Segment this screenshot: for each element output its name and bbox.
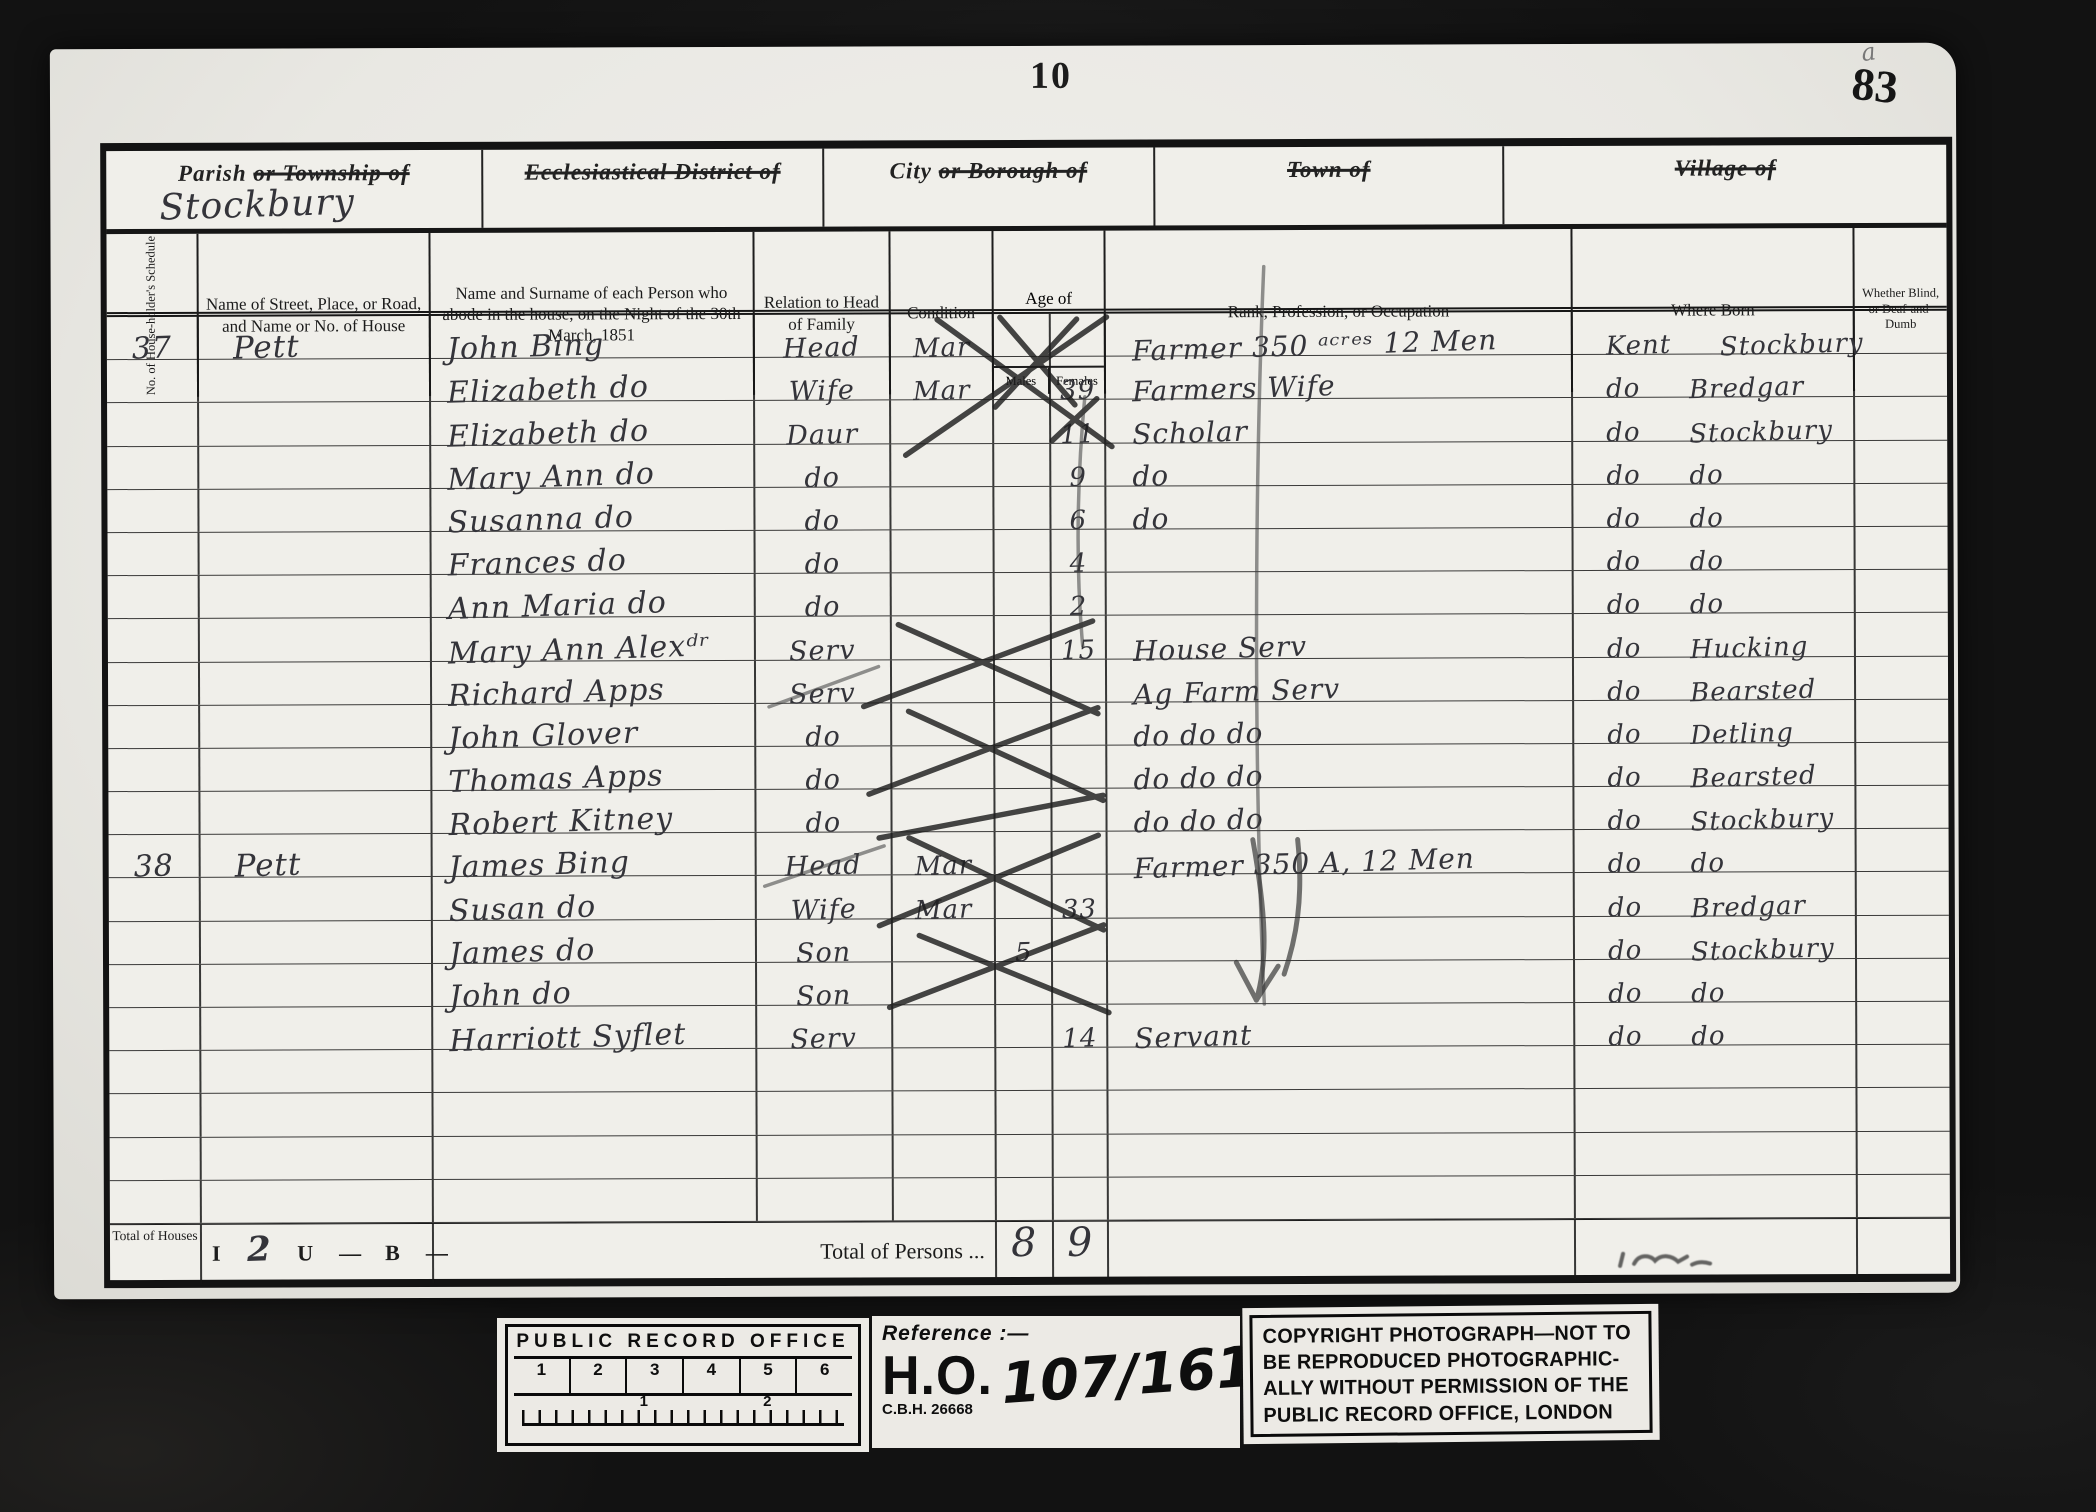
occupation bbox=[1108, 1046, 1576, 1090]
table-row bbox=[110, 1174, 1950, 1224]
where-born: doDetling bbox=[1575, 700, 1857, 743]
occupation bbox=[1108, 960, 1576, 1004]
age-male bbox=[996, 875, 1053, 917]
condition bbox=[893, 919, 996, 962]
condition bbox=[893, 962, 996, 1005]
age-male: 5 bbox=[996, 918, 1053, 960]
occupation bbox=[1108, 917, 1576, 961]
table-row: Harriott Syflet Serv 14 Servant dodo bbox=[109, 1002, 1949, 1052]
age-male bbox=[996, 962, 1053, 1004]
occupation bbox=[1107, 571, 1575, 615]
schedule-number bbox=[109, 1051, 201, 1094]
street-place bbox=[201, 1050, 433, 1093]
schedule-number bbox=[109, 965, 201, 1008]
where-born: dodo bbox=[1576, 1002, 1858, 1045]
schedule-number bbox=[107, 360, 199, 403]
relation: Head bbox=[754, 314, 890, 357]
schedule-number bbox=[110, 1181, 202, 1224]
condition bbox=[893, 1135, 996, 1178]
person-name: Elizabeth do bbox=[431, 401, 755, 444]
age-female bbox=[1053, 961, 1108, 1003]
ecclesiastical-district-cell: Ecclesiastical District of bbox=[483, 149, 824, 228]
table-row bbox=[109, 1088, 1949, 1138]
street-place bbox=[200, 575, 432, 618]
condition bbox=[892, 616, 995, 659]
blind-deaf bbox=[1855, 527, 1947, 570]
blind-deaf bbox=[1855, 311, 1947, 354]
occupation: do bbox=[1106, 442, 1574, 486]
relation: Son bbox=[757, 962, 893, 1005]
age-female: 4 bbox=[1051, 530, 1106, 572]
street-place bbox=[201, 964, 433, 1007]
condition bbox=[891, 573, 994, 616]
street-place: Pett bbox=[199, 316, 431, 359]
relation: Daur bbox=[755, 401, 891, 444]
age-male bbox=[994, 530, 1051, 572]
relation: do bbox=[755, 444, 891, 487]
age-male bbox=[995, 832, 1052, 874]
person-name: John Glover bbox=[432, 704, 756, 747]
copyright-stamp: COPYRIGHT PHOTOGRAPH—NOT TO BE REPRODUCE… bbox=[1242, 1304, 1659, 1444]
occupation: Servant bbox=[1108, 1003, 1576, 1047]
condition: Mar bbox=[893, 875, 996, 918]
condition bbox=[891, 530, 994, 573]
age-male bbox=[996, 1091, 1053, 1133]
relation bbox=[757, 1135, 893, 1178]
age-male bbox=[995, 746, 1052, 788]
where-born: dodo bbox=[1574, 484, 1856, 527]
census-table: Parish or Township of Stockbury Ecclesia… bbox=[100, 137, 1956, 1288]
blind-deaf bbox=[1856, 656, 1948, 699]
age-male bbox=[994, 357, 1051, 399]
where-born: dodo bbox=[1574, 527, 1856, 570]
table-row: Susanna do do 6 do dodo bbox=[107, 483, 1947, 533]
person-name: Ann Maria do bbox=[431, 574, 755, 617]
blind-deaf bbox=[1855, 397, 1947, 440]
table-row bbox=[109, 1045, 1949, 1095]
where-born: doBearsted bbox=[1575, 743, 1857, 786]
street-place bbox=[200, 705, 432, 748]
person-name: Harriott Syflet bbox=[433, 1006, 757, 1049]
street-place bbox=[199, 402, 431, 445]
age-female: 33 bbox=[1053, 875, 1108, 917]
parish-cell: Parish or Township of Stockbury bbox=[106, 150, 483, 229]
where-born: doStockbury bbox=[1575, 786, 1857, 829]
age-female bbox=[1052, 702, 1107, 744]
street-place bbox=[201, 921, 433, 964]
person-name: Robert Kitney bbox=[432, 790, 756, 833]
street-place bbox=[200, 618, 432, 661]
schedule-number: 38 bbox=[109, 835, 201, 878]
street-place bbox=[199, 359, 431, 402]
page-number: 10 bbox=[50, 51, 1956, 102]
locality-header: Parish or Township of Stockbury Ecclesia… bbox=[106, 145, 1946, 234]
age-female bbox=[1052, 832, 1107, 874]
schedule-number bbox=[109, 1094, 201, 1137]
occupation bbox=[1109, 1133, 1577, 1177]
age-male bbox=[996, 1048, 1053, 1090]
age-female: 39 bbox=[1051, 357, 1106, 399]
age-female bbox=[1053, 1091, 1108, 1133]
table-row: 38 Pett James Bing Head Mar Farmer 350 A… bbox=[109, 829, 1949, 879]
condition bbox=[894, 1178, 997, 1221]
occupation: do do do bbox=[1107, 787, 1575, 831]
schedule-number bbox=[108, 705, 200, 748]
reference-prefix: H.O. bbox=[882, 1344, 993, 1408]
street-place bbox=[202, 1137, 434, 1180]
relation bbox=[757, 1049, 893, 1092]
table-body: 37 Pett John Bing Head Mar Farmer 350 ᵃᶜ… bbox=[107, 311, 1950, 1224]
condition bbox=[892, 746, 995, 789]
age-female: 15 bbox=[1052, 616, 1107, 658]
age-male bbox=[994, 443, 1051, 485]
table-row: 37 Pett John Bing Head Mar Farmer 350 ᵃᶜ… bbox=[107, 311, 1947, 361]
relation bbox=[757, 1178, 893, 1221]
blind-deaf bbox=[1856, 699, 1948, 742]
folio-number: a 83 bbox=[1849, 57, 1900, 114]
where-born: doStockbury bbox=[1575, 916, 1857, 959]
table-row: Mary Ann do do 9 do dodo bbox=[107, 440, 1947, 490]
occupation: do do do bbox=[1107, 744, 1575, 788]
occupation: Farmer 350 A, 12 Men bbox=[1108, 830, 1576, 874]
street-place bbox=[201, 877, 433, 920]
relation: do bbox=[755, 574, 891, 617]
relation: Wife bbox=[755, 358, 891, 401]
condition bbox=[892, 660, 995, 703]
city-borough-cell: City or Borough of bbox=[824, 147, 1155, 226]
age-female bbox=[1053, 1134, 1108, 1176]
person-name: Susan do bbox=[433, 876, 757, 919]
relation: Head bbox=[756, 833, 892, 876]
occupation: Farmer 350 ᵃᶜʳᵉˢ 12 Men bbox=[1106, 312, 1574, 356]
street-place bbox=[199, 446, 431, 489]
pro-title: PUBLIC RECORD OFFICE bbox=[514, 1331, 852, 1353]
condition: Mar bbox=[892, 832, 995, 875]
schedule-number bbox=[109, 921, 201, 964]
table-row: Thomas Apps do do do do doBearsted bbox=[108, 743, 1948, 793]
where-born: KentStockbury bbox=[1573, 311, 1855, 354]
table-row: Elizabeth do Daur 11 Scholar doStockbury bbox=[107, 397, 1947, 447]
schedule-number bbox=[108, 662, 200, 705]
age-male bbox=[995, 616, 1052, 658]
person-name: James Bing bbox=[432, 833, 756, 876]
condition bbox=[891, 444, 994, 487]
street-place bbox=[200, 532, 432, 575]
total-persons-label: Total of Persons ... bbox=[434, 1222, 997, 1283]
age-female bbox=[1052, 746, 1107, 788]
pencil-squiggle: a bbox=[1859, 37, 1877, 67]
condition bbox=[893, 1091, 996, 1134]
age-female bbox=[1054, 1177, 1109, 1219]
age-female bbox=[1053, 1048, 1108, 1090]
schedule-number bbox=[107, 403, 199, 446]
where-born bbox=[1576, 1132, 1858, 1175]
street-place: Pett bbox=[201, 834, 433, 877]
age-male bbox=[996, 1134, 1053, 1176]
age-male bbox=[994, 400, 1051, 442]
blind-deaf bbox=[1855, 483, 1947, 526]
condition bbox=[892, 789, 995, 832]
relation: Wife bbox=[756, 876, 892, 919]
where-born: dodo bbox=[1575, 829, 1857, 872]
ruler-ticks: 1 2 bbox=[516, 1396, 850, 1430]
age-female: 6 bbox=[1051, 486, 1106, 528]
occupation bbox=[1109, 1089, 1577, 1133]
relation: do bbox=[756, 789, 892, 832]
table-row: Susan do Wife Mar 33 doBredgar bbox=[109, 872, 1949, 922]
relation: do bbox=[755, 487, 891, 530]
where-born bbox=[1576, 1175, 1858, 1218]
age-female bbox=[1053, 918, 1108, 960]
blind-deaf bbox=[1857, 915, 1949, 958]
village-cell: Village of bbox=[1505, 145, 1947, 225]
where-born: doBredgar bbox=[1573, 354, 1855, 397]
relation: Serv bbox=[755, 617, 891, 660]
table-row: Frances do do 4 dodo bbox=[108, 527, 1948, 577]
table-row: Robert Kitney do do do do doStockbury bbox=[108, 786, 1948, 836]
where-born: doBearsted bbox=[1574, 657, 1856, 700]
condition bbox=[893, 1005, 996, 1048]
age-male bbox=[995, 659, 1052, 701]
street-place bbox=[201, 1007, 433, 1050]
street-place bbox=[200, 748, 432, 791]
blind-deaf bbox=[1856, 743, 1948, 786]
schedule-number bbox=[109, 878, 201, 921]
age-male bbox=[995, 703, 1052, 745]
condition: Mar bbox=[891, 314, 994, 357]
street-place bbox=[201, 1093, 433, 1136]
occupation bbox=[1109, 1176, 1577, 1220]
condition bbox=[891, 400, 994, 443]
age-female: 2 bbox=[1052, 573, 1107, 615]
occupation: Ag Farm Serv bbox=[1107, 658, 1575, 702]
age-male bbox=[996, 1005, 1053, 1047]
relation: Serv bbox=[756, 660, 892, 703]
females-total: 9 bbox=[1054, 1222, 1109, 1281]
relation: do bbox=[756, 703, 892, 746]
town-cell: Town of bbox=[1155, 146, 1505, 225]
person-name: James do bbox=[433, 919, 757, 962]
person-name: Thomas Apps bbox=[432, 747, 756, 790]
table-row: Richard Apps Serv Ag Farm Serv doBearste… bbox=[108, 656, 1948, 706]
street-place bbox=[199, 489, 431, 532]
table-row: James do Son 5 doStockbury bbox=[109, 915, 1949, 965]
occupation bbox=[1108, 873, 1576, 917]
where-born: dodo bbox=[1574, 441, 1856, 484]
table-row bbox=[110, 1131, 1950, 1181]
age-female bbox=[1051, 314, 1106, 356]
table-row: Elizabeth do Wife Mar 39 Farmers Wife do… bbox=[107, 354, 1947, 404]
street-place bbox=[200, 791, 432, 834]
where-born: doBredgar bbox=[1575, 872, 1857, 915]
column-header-row: No. of House-holder's Schedule Name of S… bbox=[106, 228, 1946, 317]
age-female: 11 bbox=[1051, 400, 1106, 442]
blind-deaf bbox=[1855, 354, 1947, 397]
age-male bbox=[997, 1178, 1054, 1220]
occupation: Farmers Wife bbox=[1106, 355, 1574, 399]
person-name: Susanna do bbox=[431, 488, 755, 531]
blind-deaf bbox=[1857, 1002, 1949, 1045]
age-male bbox=[995, 573, 1052, 615]
blind-deaf bbox=[1856, 786, 1948, 829]
schedule-number bbox=[108, 576, 200, 619]
person-name: Mary Ann Alexᵈʳ bbox=[432, 617, 756, 660]
blind-deaf bbox=[1857, 1045, 1949, 1088]
occupation: do do do bbox=[1107, 701, 1575, 745]
occupation: Scholar bbox=[1106, 398, 1574, 442]
person-name: Richard Apps bbox=[432, 660, 756, 703]
person-name bbox=[434, 1179, 758, 1222]
blind-deaf bbox=[1858, 1131, 1950, 1174]
where-born bbox=[1576, 1088, 1858, 1131]
blind-deaf bbox=[1855, 440, 1947, 483]
reference-stamp: Reference :— H.O. 107/1618 C.B.H. 26668 bbox=[872, 1316, 1240, 1448]
person-name bbox=[433, 1092, 757, 1135]
where-born bbox=[1576, 1045, 1858, 1088]
street-place bbox=[200, 662, 432, 705]
person-name: Elizabeth do bbox=[431, 358, 755, 401]
where-born: doHucking bbox=[1574, 613, 1856, 656]
pro-ruler-stamp: PUBLIC RECORD OFFICE 12 34 56 1 2 bbox=[497, 1318, 869, 1452]
schedule-number bbox=[108, 792, 200, 835]
person-name: Mary Ann do bbox=[431, 444, 755, 487]
where-born: doStockbury bbox=[1573, 397, 1855, 440]
schedule-number bbox=[109, 1008, 201, 1051]
condition bbox=[892, 703, 995, 746]
ink-smudge bbox=[1614, 1243, 1724, 1273]
condition bbox=[891, 487, 994, 530]
schedule-number bbox=[107, 446, 199, 489]
blind-deaf bbox=[1857, 872, 1949, 915]
blind-deaf bbox=[1857, 959, 1949, 1002]
age-male bbox=[995, 789, 1052, 831]
schedule-number bbox=[108, 619, 200, 662]
age-female bbox=[1052, 659, 1107, 701]
age-female: 14 bbox=[1053, 1005, 1108, 1047]
table-row: Ann Maria do do 2 dodo bbox=[108, 570, 1948, 620]
schedule-number bbox=[108, 533, 200, 576]
where-born: dodo bbox=[1574, 570, 1856, 613]
age-male bbox=[994, 487, 1051, 529]
age-male bbox=[994, 314, 1051, 356]
street-place bbox=[202, 1180, 434, 1223]
table-row: Mary Ann Alexᵈʳ Serv 15 House Serv doHuc… bbox=[108, 613, 1948, 663]
condition bbox=[893, 1048, 996, 1091]
person-name: Frances do bbox=[431, 531, 755, 574]
person-name bbox=[433, 1135, 757, 1178]
table-row: John Glover do do do do doDetling bbox=[108, 699, 1948, 749]
occupation bbox=[1107, 528, 1575, 572]
person-name: John do bbox=[433, 963, 757, 1006]
ruler-inches: 12 34 56 bbox=[514, 1356, 852, 1396]
schedule-number bbox=[108, 749, 200, 792]
males-total: 8 bbox=[997, 1222, 1054, 1281]
blind-deaf bbox=[1856, 829, 1948, 872]
parish-value: Stockbury bbox=[158, 182, 355, 229]
age-female bbox=[1052, 789, 1107, 831]
condition: Mar bbox=[891, 357, 994, 400]
schedule-number bbox=[110, 1137, 202, 1180]
schedule-number: 37 bbox=[107, 317, 199, 360]
blind-deaf bbox=[1856, 613, 1948, 656]
blind-deaf bbox=[1856, 570, 1948, 613]
relation: do bbox=[755, 530, 891, 573]
where-born: dodo bbox=[1575, 959, 1857, 1002]
total-houses-label: Total of Houses bbox=[110, 1225, 202, 1284]
person-name: John Bing bbox=[431, 315, 755, 358]
relation: do bbox=[756, 746, 892, 789]
age-female: 9 bbox=[1051, 443, 1106, 485]
relation: Son bbox=[757, 919, 893, 962]
inhabited-count: 2 bbox=[246, 1230, 272, 1271]
table-row: John do Son dodo bbox=[109, 959, 1949, 1009]
census-page: 10 a 83 Parish or Township of Stockbury … bbox=[50, 43, 1960, 1300]
houses-counts: I 2 U — B — bbox=[202, 1224, 434, 1284]
relation bbox=[757, 1092, 893, 1135]
blind-deaf bbox=[1858, 1174, 1950, 1217]
blind-deaf bbox=[1857, 1088, 1949, 1131]
relation: Serv bbox=[757, 1005, 893, 1048]
schedule-number bbox=[107, 490, 199, 533]
occupation: House Serv bbox=[1107, 614, 1575, 658]
person-name bbox=[433, 1049, 757, 1092]
occupation: do bbox=[1106, 485, 1574, 529]
